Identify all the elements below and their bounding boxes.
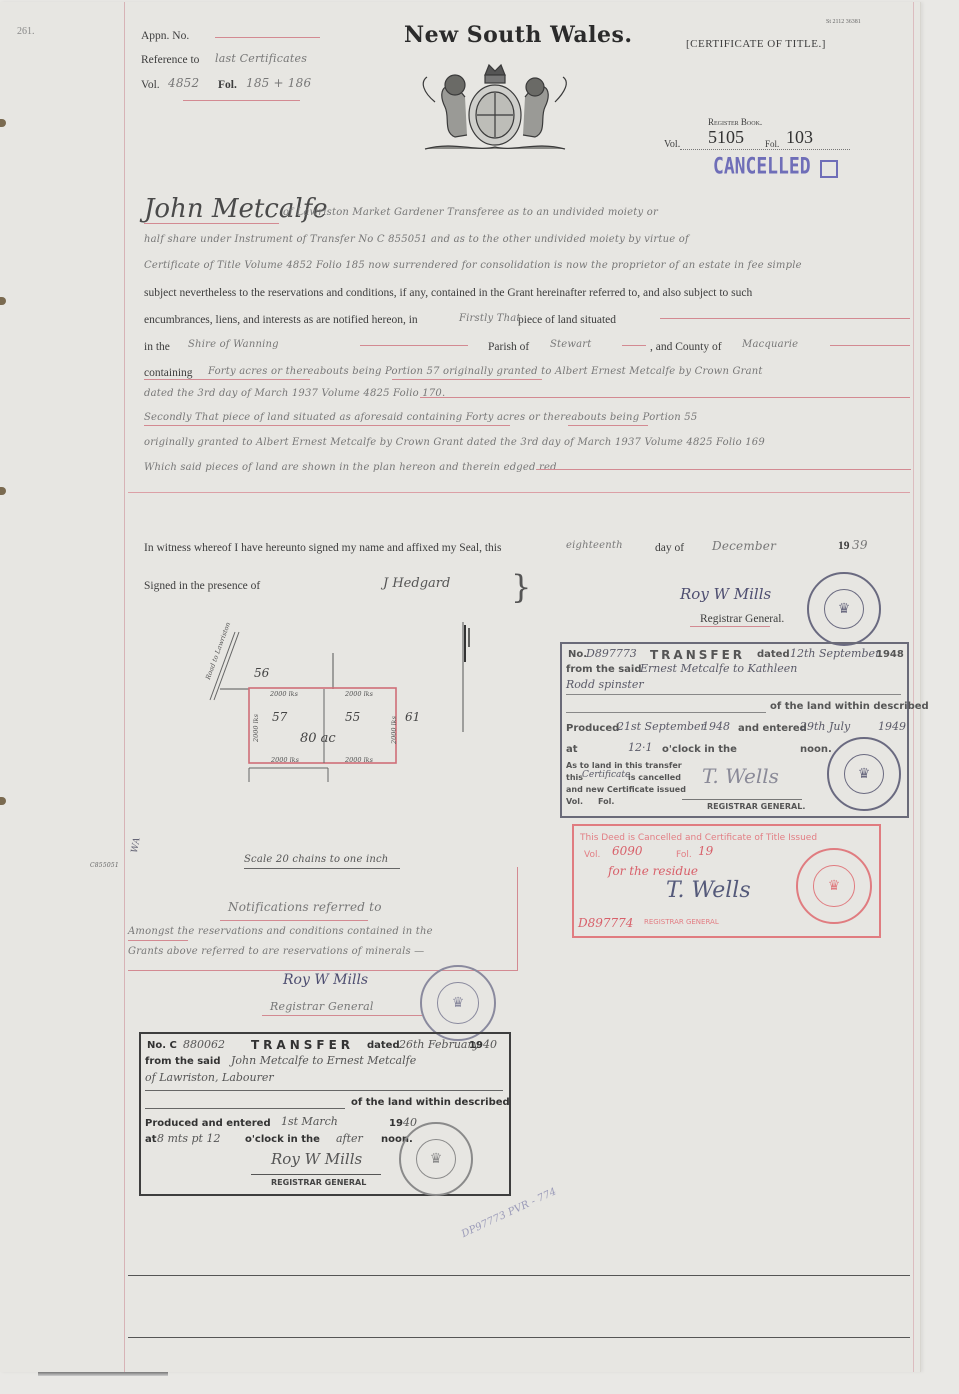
rule: [568, 425, 648, 426]
red-stamp-signature: T. Wells: [666, 878, 751, 903]
shire-value: Shire of Wanning: [188, 339, 279, 350]
dim-top-left: 2000 lks: [270, 690, 298, 698]
dated-value: 26th February: [399, 1038, 479, 1051]
register-fol-label: Fol.: [765, 139, 779, 149]
entered-year: 1949: [878, 720, 906, 733]
body-line-2: half share under Instrument of Transfer …: [144, 234, 689, 245]
at-value: 8 mts pt 12: [157, 1132, 220, 1145]
binder-hole: [0, 119, 6, 127]
rule: [262, 1015, 422, 1016]
dim-top-right: 2000 lks: [345, 690, 373, 698]
dated-year: 1948: [876, 649, 904, 660]
registrar-seal-icon: ♛: [807, 572, 881, 646]
secondly-line-1: Secondly That piece of land situated as …: [144, 412, 697, 423]
rule: [536, 469, 911, 470]
brace-icon: }: [511, 568, 531, 606]
right-margin-rule: [913, 2, 914, 1372]
cancellation-stamp: This Deed is Cancelled and Certificate o…: [572, 824, 881, 938]
produced-value: 1st March: [281, 1115, 338, 1128]
lot-55: 55: [345, 710, 360, 724]
rule: [517, 867, 518, 970]
proprietor-rule: [144, 223, 279, 224]
rule: [830, 345, 910, 346]
entered-label: and entered: [738, 723, 807, 734]
registrar-seal-red-icon: ♛: [796, 848, 872, 924]
appn-no-rule: [215, 37, 320, 38]
year-prefix: 19: [838, 540, 850, 552]
register-vol-value: 5105: [708, 127, 744, 148]
red-vol-value: 6090: [612, 844, 643, 858]
transfer-no-label: No.: [568, 649, 587, 660]
transfer-title: TRANSFER: [650, 648, 745, 662]
notifications-heading: Notifications referred to: [228, 900, 382, 914]
notifications-signature: Roy W Mills: [283, 972, 368, 988]
fol-label: Fol.: [218, 79, 237, 91]
red-stamp-line-1: This Deed is Cancelled and Certificate o…: [580, 833, 817, 843]
from-value: Ernest Metcalfe to Kathleen: [640, 662, 797, 675]
this-label: this: [566, 773, 583, 782]
page-number: 261.: [17, 26, 35, 37]
transfer-signature: Roy W Mills: [271, 1150, 362, 1168]
reference-value: last Certificates: [215, 52, 307, 65]
firstly-value: Firstly That: [459, 313, 521, 324]
register-vol-label: Vol.: [664, 139, 680, 150]
oclock-label: o'clock in the: [245, 1134, 320, 1145]
produced-year: 1948: [702, 720, 730, 733]
lot-57: 57: [272, 710, 287, 724]
lot-56: 56: [254, 666, 269, 680]
vol-label: Vol.: [141, 79, 160, 91]
bottom-rule-2: [128, 1337, 910, 1338]
witness-month: December: [712, 539, 776, 553]
cancelled-check-icon: [820, 160, 838, 178]
plan-area: 80 ac: [300, 731, 336, 746]
printed-line-2a: encumbrances, liens, and interests as ar…: [144, 314, 418, 326]
red-registrar: REGISTRAR GENERAL: [644, 918, 719, 926]
margin-initials: WA: [130, 837, 143, 854]
oclock-label: o'clock in the: [662, 744, 737, 755]
land-text: of the land within described: [351, 1097, 510, 1108]
red-fol-label: Fol.: [676, 850, 692, 860]
produced-label: Produced and entered: [145, 1118, 271, 1129]
rule: [660, 318, 910, 319]
in-the-label: in the: [144, 341, 170, 353]
page-edge: [38, 1372, 168, 1376]
for-residue: for the residue: [608, 864, 698, 878]
reference-label: Reference to: [141, 54, 199, 66]
signed-presence-label: Signed in the presence of: [144, 580, 260, 592]
produced-label: Produced: [566, 723, 619, 734]
dim-bottom-right: 2000 lks: [345, 756, 373, 764]
dim-right: 2000 lks: [390, 716, 398, 744]
dim-bottom-left: 2000 lks: [271, 756, 299, 764]
printed-line-1: subject nevertheless to the reservations…: [144, 287, 752, 299]
register-fol-value: 103: [786, 127, 813, 148]
transfer-stamp-d897773: No. D897773 TRANSFER dated 12th Septembe…: [560, 642, 909, 818]
rule: [622, 345, 646, 346]
parish-value: Stewart: [550, 339, 592, 350]
rule: [566, 712, 766, 713]
day-of-label: day of: [655, 542, 684, 554]
transfer-no-value: D897773: [586, 647, 637, 660]
register-rule: [680, 149, 850, 150]
entered-value: 29th July: [800, 720, 850, 733]
notifications-line-1: Amongst the reservations and conditions …: [128, 926, 433, 937]
from-label: from the said: [566, 664, 642, 675]
rule: [145, 1090, 503, 1091]
registrar-seal-icon: ♛: [827, 737, 901, 811]
notifications-line-2: Grants above referred to are reservation…: [128, 946, 424, 957]
body-line-1: of Lawriston Market Gardener Transferee …: [283, 207, 658, 218]
noon-value: after: [336, 1132, 363, 1145]
vol-value: 4852: [168, 76, 199, 90]
registrar-seal-icon: ♛: [420, 965, 496, 1041]
county-value: Macquarie: [742, 339, 798, 350]
fol-value: 185 + 186: [246, 76, 311, 90]
witness-signature: J Hedgard: [383, 576, 450, 591]
royal-coat-of-arms-icon: [405, 57, 585, 157]
from-value: John Metcalfe to Ernest Metcalfe: [231, 1054, 416, 1067]
margin-ref: C855051: [90, 862, 119, 869]
at-label: at: [145, 1134, 157, 1145]
rule: [392, 379, 542, 380]
from-value-2: Rodd spinster: [566, 678, 644, 691]
vol-label: Vol.: [566, 797, 583, 806]
land-text: of the land within described: [770, 701, 929, 712]
rule: [145, 1108, 345, 1109]
red-stamp-ref: D897774: [578, 916, 633, 930]
cancelled-stamp: CANCELLED: [713, 153, 811, 179]
binder-hole: [0, 797, 6, 805]
noon-label: noon.: [800, 744, 832, 755]
witness-day: eighteenth: [566, 540, 623, 551]
year-suffix: 39: [852, 538, 868, 552]
ref-rule: [183, 100, 300, 101]
registrar-signature: Roy W Mills: [680, 585, 771, 603]
dated-label: dated: [757, 649, 790, 660]
transfer-title: TRANSFER: [251, 1038, 354, 1052]
witness-text: In witness whereof I have hereunto signe…: [144, 542, 501, 554]
rule: [420, 397, 910, 398]
document-type: [CERTIFICATE OF TITLE.]: [686, 38, 826, 50]
new-cert: and new Certificate issued: [566, 785, 686, 794]
county-label: , and County of: [650, 341, 722, 353]
dated-value: 12th September: [790, 647, 880, 660]
bottom-rule-1: [128, 1275, 910, 1276]
rule: [566, 694, 901, 695]
appn-no-label: Appn. No.: [141, 30, 189, 42]
this-value: Certificate: [582, 770, 630, 780]
secondly-line-3: Which said pieces of land are shown in t…: [144, 462, 557, 473]
notifications-registrar: Registrar General: [270, 1000, 374, 1013]
dated-year-suffix: 40: [483, 1038, 497, 1051]
document-title: New South Wales.: [404, 22, 633, 48]
red-fol-value: 19: [698, 844, 713, 858]
at-label: at: [566, 744, 578, 755]
containing-value: Forty acres or thereabouts being Portion…: [208, 366, 763, 377]
secondly-line-2: originally granted to Albert Ernest Metc…: [144, 437, 765, 448]
fol-label: Fol.: [598, 797, 614, 806]
land-plan-diagram: [180, 622, 480, 792]
red-vol-label: Vol.: [584, 850, 600, 860]
at-value: 12·1: [628, 741, 653, 754]
rule: [251, 1174, 381, 1175]
rule: [144, 379, 310, 380]
plan-scale: Scale 20 chains to one inch: [244, 854, 388, 865]
containing-label: containing: [144, 367, 193, 379]
rule: [220, 920, 368, 921]
lot-61: 61: [405, 710, 420, 724]
transfer-no-value: 880062: [183, 1038, 225, 1051]
from-value-2: of Lawriston, Labourer: [145, 1071, 274, 1084]
register-book-label: Register Book.: [708, 117, 762, 127]
binder-hole: [0, 487, 6, 495]
produced-year-prefix: 19: [389, 1118, 403, 1129]
cancelled-label: is cancelled: [628, 773, 681, 782]
registrar-label: REGISTRAR GENERAL.: [707, 802, 805, 811]
transfer-stamp-c880062: No. C 880062 TRANSFER dated 26th Februar…: [139, 1032, 511, 1196]
left-margin-rule: [124, 2, 125, 1372]
dim-left: 2000 lks: [252, 714, 260, 742]
registrar-seal-icon: ♛: [399, 1122, 473, 1196]
registrar-label: REGISTRAR GENERAL: [271, 1178, 366, 1187]
rule: [690, 626, 770, 627]
dated-year-prefix: 19: [469, 1040, 483, 1051]
printed-line-2b: piece of land situated: [518, 314, 616, 326]
transfer-no-label: No. C: [147, 1040, 177, 1051]
as-to-land: As to land in this transfer: [566, 761, 682, 770]
certificate-page: 261. Appn. No. Reference to last Certifi…: [0, 2, 921, 1372]
rule: [360, 345, 468, 346]
from-label: from the said: [145, 1056, 221, 1067]
parish-label: Parish of: [488, 341, 529, 353]
transfer-signature: T. Wells: [702, 764, 779, 788]
dated-label: dated: [367, 1040, 400, 1051]
dated-line: dated the 3rd day of March 1937 Volume 4…: [144, 388, 445, 399]
rule: [144, 425, 510, 426]
registrar-label: Registrar General.: [700, 613, 784, 625]
rule: [244, 868, 400, 869]
binder-hole: [0, 297, 6, 305]
body-line-3: Certificate of Title Volume 4852 Folio 1…: [144, 260, 802, 271]
produced-value: 21st September: [617, 720, 706, 733]
rule: [682, 799, 802, 800]
section-rule: [128, 492, 910, 493]
print-code: St 2112 36381: [826, 19, 861, 25]
rule: [128, 940, 188, 941]
